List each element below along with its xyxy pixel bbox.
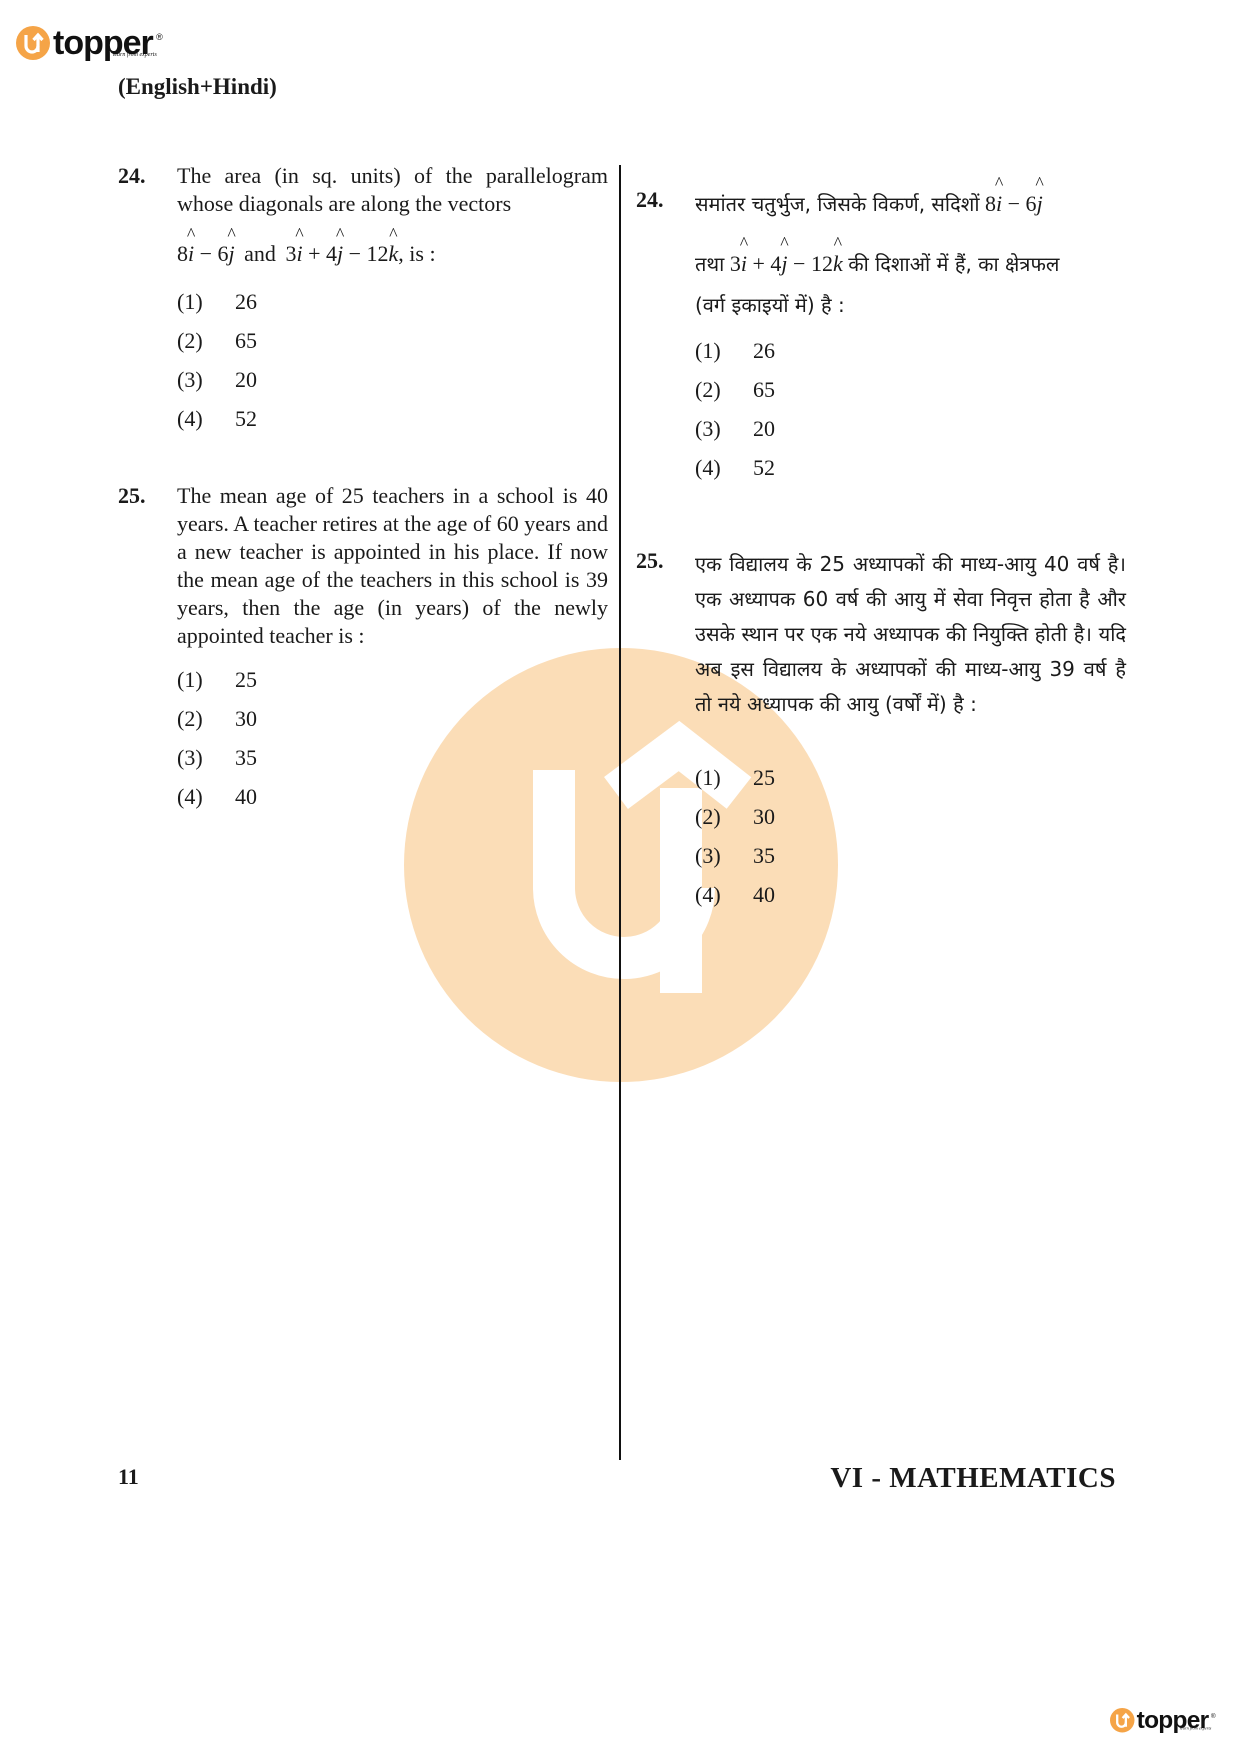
question-25-en: 25. The mean age of 25 teachers in a sch… <box>118 482 608 816</box>
question-line: तथा 3i + 4j − 12k की दिशाओं में हैं, का … <box>695 246 1126 282</box>
option: (2)65 <box>177 321 608 360</box>
page-number: 11 <box>118 1464 139 1490</box>
topper-logo: topper ® learn from experts <box>16 26 153 60</box>
option: (1)25 <box>695 758 1126 797</box>
question-number: 25. <box>636 547 664 575</box>
topper-wordmark: topper ® learn from experts <box>1137 1708 1209 1732</box>
option: (2)65 <box>695 370 1126 409</box>
option: (3)20 <box>177 360 608 399</box>
english-column: 24. The area (in sq. units) of the paral… <box>118 162 608 816</box>
question-number: 25. <box>118 482 146 510</box>
question-line: (वर्ग इकाइयों में) है : <box>695 288 1126 323</box>
option: (2)30 <box>177 699 608 738</box>
question-number: 24. <box>118 162 146 190</box>
option: (3)20 <box>695 409 1126 448</box>
option: (1)26 <box>177 282 608 321</box>
option: (4)52 <box>177 399 608 438</box>
question-vectors: 8i − 6j and 3i + 4j − 12k, is : <box>177 240 608 268</box>
question-24-en: 24. The area (in sq. units) of the paral… <box>118 162 608 438</box>
option: (3)35 <box>177 738 608 777</box>
option: (3)35 <box>695 836 1126 875</box>
column-divider <box>619 165 621 1460</box>
option: (4)52 <box>695 448 1126 487</box>
topper-badge-icon <box>1110 1708 1134 1732</box>
question-25-hi: 25. एक विद्यालय के 25 अध्यापकों की माध्य… <box>636 547 1126 914</box>
option: (1)26 <box>695 331 1126 370</box>
option: (1)25 <box>177 660 608 699</box>
question-text: The mean age of 25 teachers in a school … <box>177 482 608 650</box>
question-number: 24. <box>636 186 664 214</box>
topper-wordmark: topper ® learn from experts <box>53 26 153 60</box>
topper-badge-icon <box>16 26 50 60</box>
option: (4)40 <box>695 875 1126 914</box>
question-text: The area (in sq. units) of the parallelo… <box>177 162 608 218</box>
option: (2)30 <box>695 797 1126 836</box>
topper-logo-footer: topper ® learn from experts <box>1110 1708 1208 1732</box>
hindi-column: 24. समांतर चतुर्भुज, जिसके विकर्ण, सदिशो… <box>636 186 1126 914</box>
question-24-hi: 24. समांतर चतुर्भुज, जिसके विकर्ण, सदिशो… <box>636 186 1126 487</box>
option: (4)40 <box>177 777 608 816</box>
language-label: (English+Hindi) <box>118 74 277 100</box>
question-line: समांतर चतुर्भुज, जिसके विकर्ण, सदिशों 8i… <box>695 186 1126 222</box>
question-text: एक विद्यालय के 25 अध्यापकों की माध्य-आयु… <box>695 547 1126 722</box>
subject-label: VI - MATHEMATICS <box>830 1462 1116 1495</box>
